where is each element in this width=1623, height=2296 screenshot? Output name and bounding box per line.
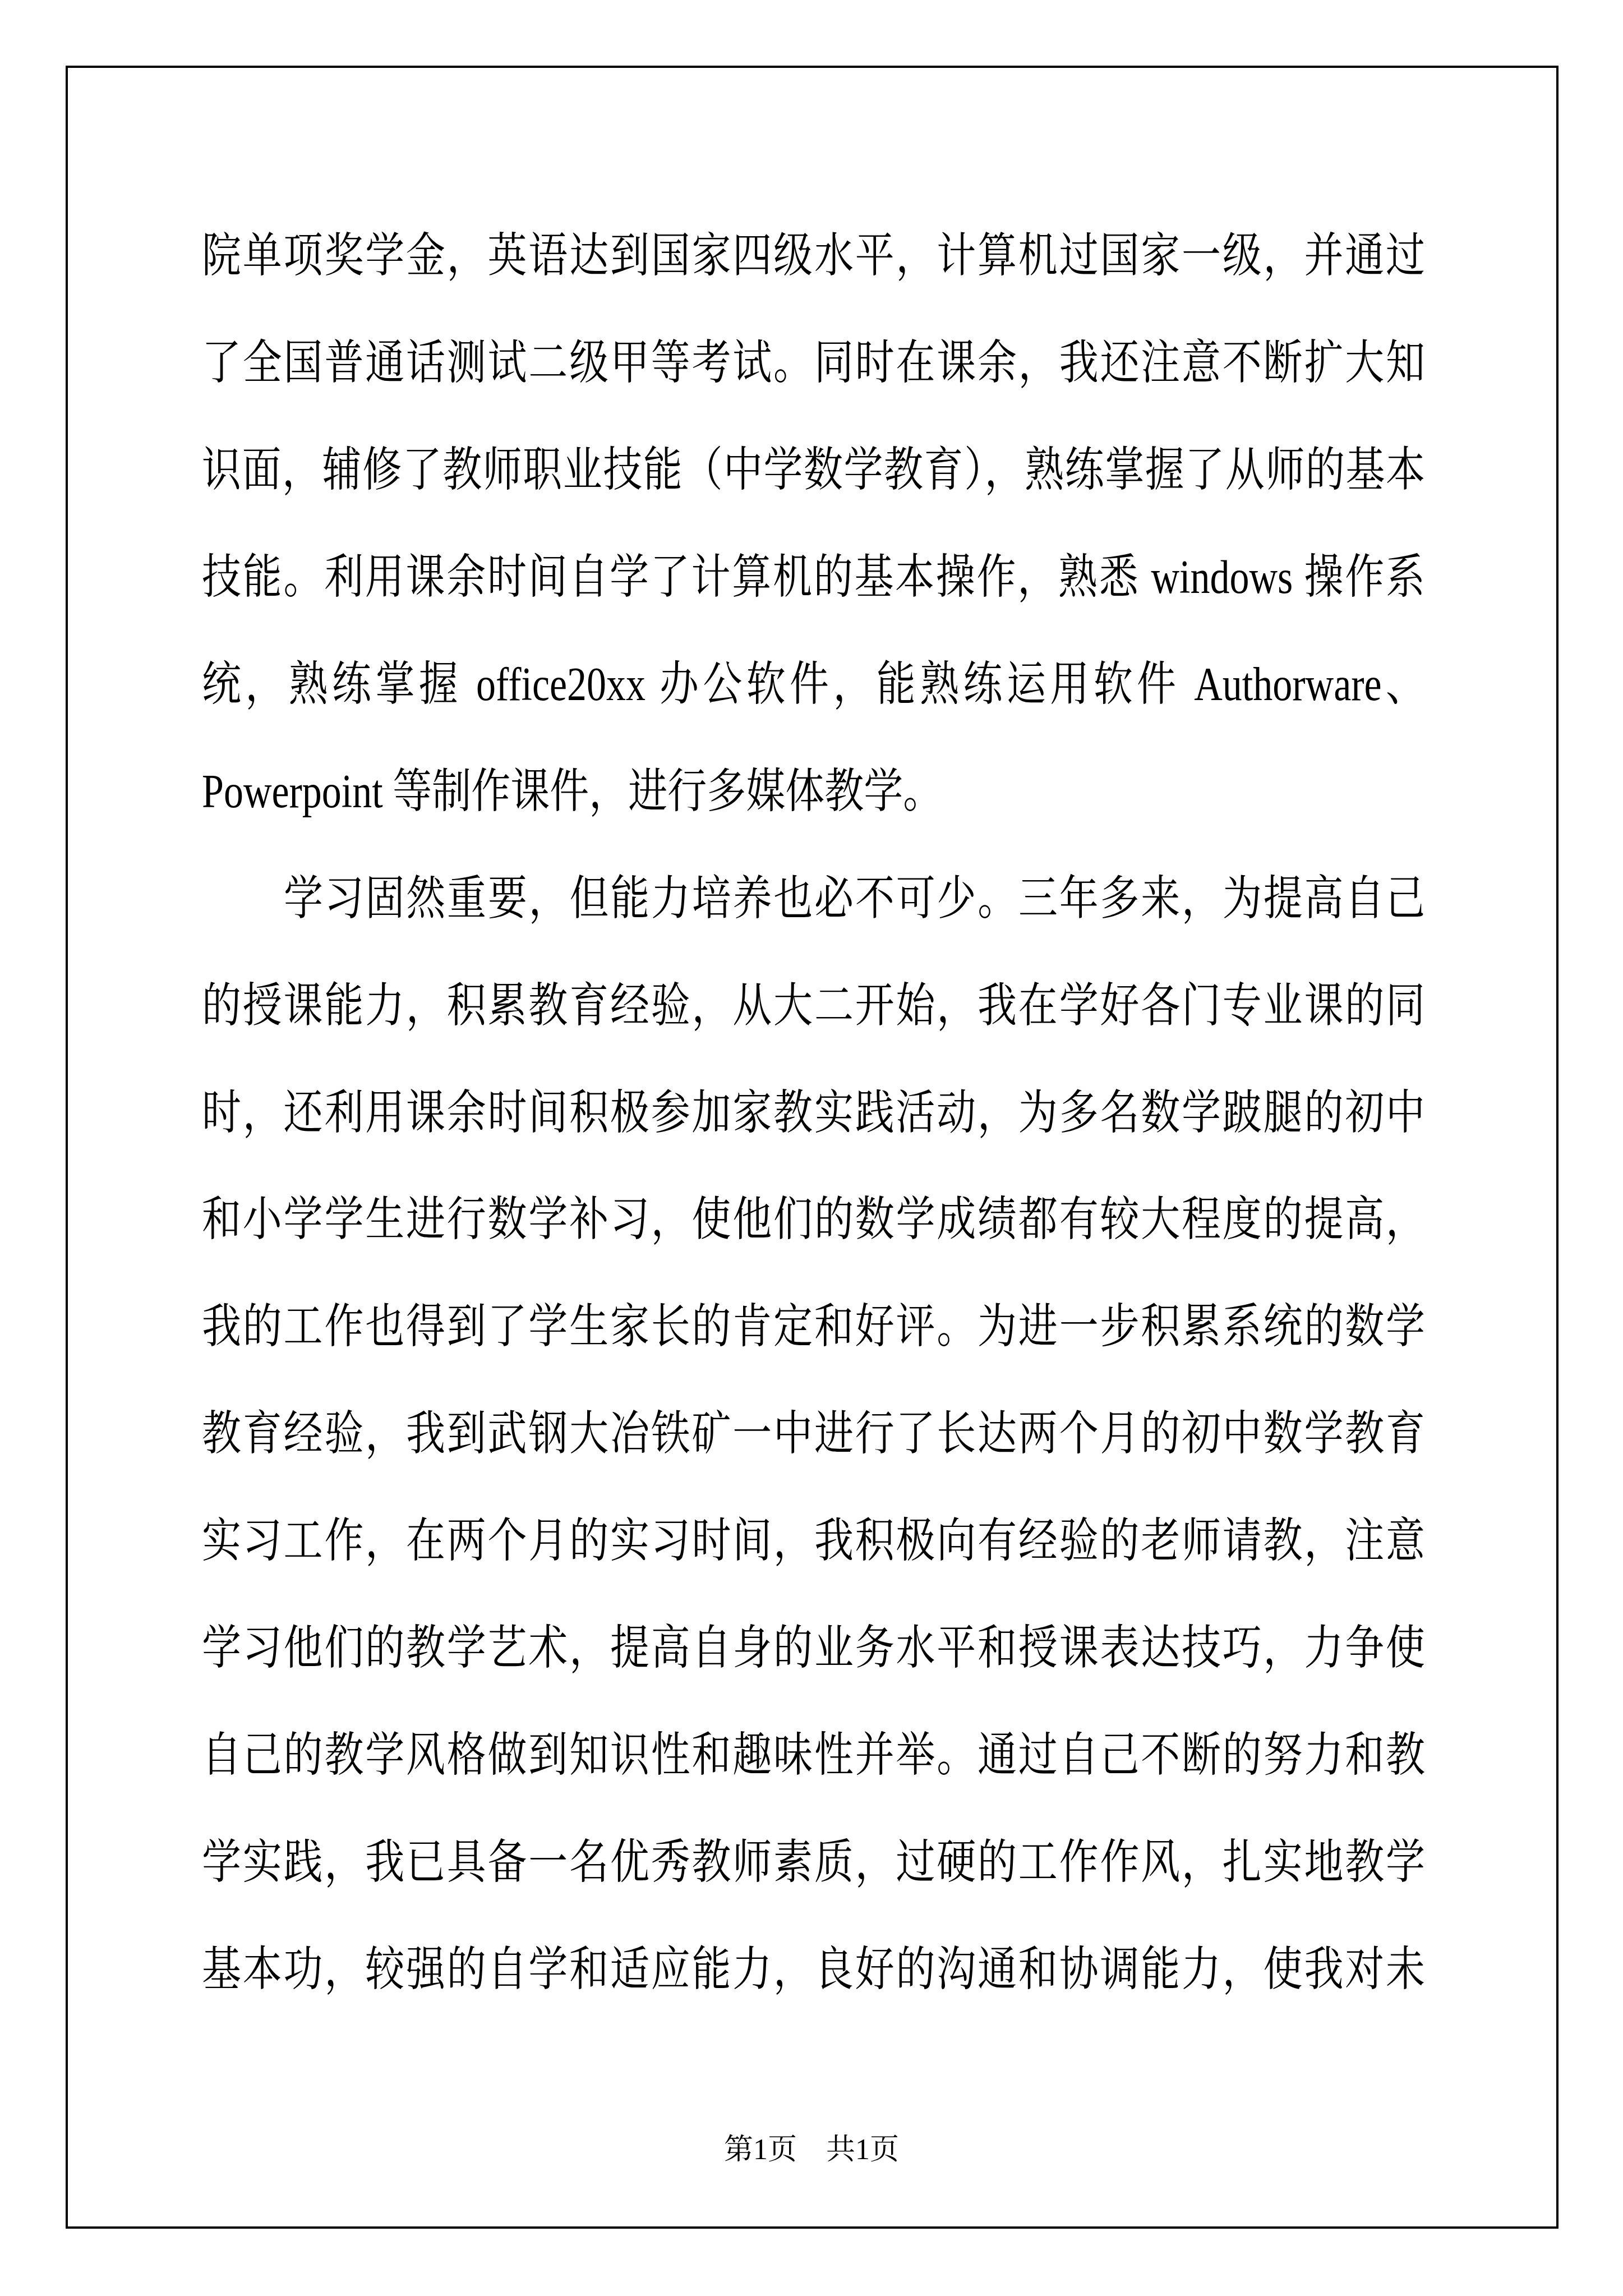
text-line: 基本功，较强的自学和适应能力，良好的沟通和协调能力，使我对未: [202, 1906, 1425, 2035]
page-footer: 第1页 共1页: [0, 2125, 1623, 2175]
document-page: 院单项奖学金，英语达到国家四级水平，计算机过国家一级，并通过 了全国普通话测试二…: [0, 0, 1623, 2296]
page-number-text: 第1页 共1页: [724, 2134, 899, 2166]
document-body: 院单项奖学金，英语达到国家四级水平，计算机过国家一级，并通过 了全国普通话测试二…: [202, 203, 1425, 2024]
